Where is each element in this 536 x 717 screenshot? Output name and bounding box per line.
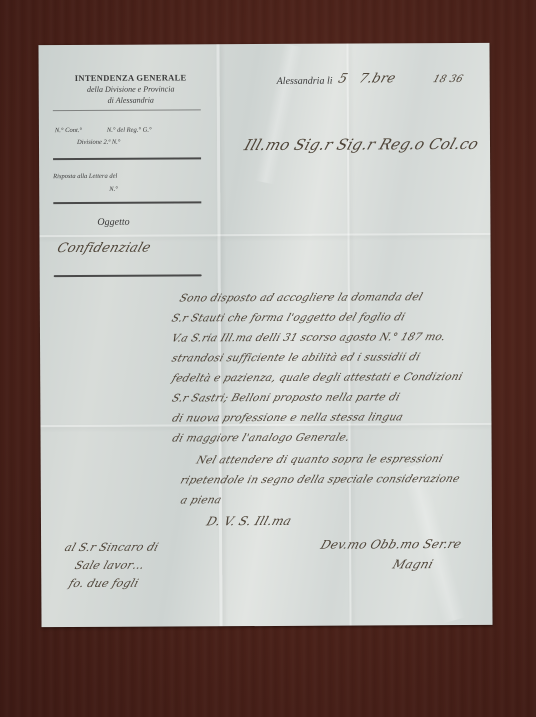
body-line: strandosi sufficiente le abilità ed i su… bbox=[170, 351, 422, 364]
date-day: 5 bbox=[336, 72, 349, 87]
margin-note-line: al S.r Sincaro di bbox=[63, 541, 160, 555]
body-line: fedeltà e pazienza, quale degli attestat… bbox=[170, 371, 464, 385]
field-numero-registro: N.° del Reg.° G.° bbox=[107, 127, 152, 134]
body-line: Sono disposto ad accogliere la domanda d… bbox=[178, 291, 424, 304]
oggetto-label: Oggetto bbox=[97, 217, 129, 228]
oggetto-divider bbox=[54, 274, 202, 277]
body-line: V.a S.ria Ill.ma delli 31 scorso agosto … bbox=[170, 331, 447, 344]
margin-note-line: Sale lavor… bbox=[73, 559, 146, 572]
body-line: ripetendole in segno della speciale cons… bbox=[179, 473, 462, 486]
body-line: di maggiore l'analogo Generale. bbox=[171, 432, 352, 445]
closing: D. V. S. Ill.ma bbox=[205, 514, 294, 528]
date-year: 18 36 bbox=[431, 74, 464, 85]
letterhead-subtitle: della Divisione e Provincia bbox=[55, 84, 207, 94]
field-risposta-numero: N.° bbox=[109, 186, 118, 193]
oggetto-value: Confidenziale bbox=[55, 241, 153, 257]
body-line: di nuova professione e nella stessa ling… bbox=[171, 411, 405, 424]
historical-letter-sheet: INTENDENZA GENERALE della Divisione e Pr… bbox=[38, 43, 492, 627]
letterhead-subtitle: di Alessandria bbox=[55, 95, 207, 105]
letterhead-divider bbox=[53, 157, 201, 160]
place-date-printed: Alessandria li bbox=[277, 76, 333, 87]
field-numero-contabile: N.° Cont.° bbox=[55, 127, 82, 134]
margin-note-line: fo. due fogli bbox=[67, 577, 140, 590]
field-risposta: Risposta alla Lettera del bbox=[53, 173, 117, 180]
letterhead-divider bbox=[53, 109, 201, 111]
salutation: Ill.mo Sig.r Sig.r Reg.o Col.co bbox=[242, 135, 481, 154]
signature: Magni bbox=[391, 557, 435, 571]
body-line: S.r Sastri; Belloni proposto nella parte… bbox=[170, 391, 401, 404]
date-month: 7.bre bbox=[357, 71, 397, 86]
field-divisione: Divisione 2.ª N.° bbox=[77, 139, 120, 146]
paper-fold-horizontal bbox=[39, 233, 490, 237]
letterhead-title: INTENDENZA GENERALE bbox=[61, 72, 201, 83]
signature-formula: Dev.mo Obb.mo Ser.re bbox=[319, 537, 464, 552]
body-line: S.r Stauti che forma l'oggetto del fogli… bbox=[170, 311, 407, 324]
paper-crease bbox=[255, 43, 303, 184]
date-handwritten: 5 7.bre 18 36 bbox=[336, 71, 465, 87]
body-line: a piena bbox=[179, 494, 223, 506]
letterhead-divider bbox=[53, 201, 201, 204]
body-line: Nel attendere di quanto sopra le espress… bbox=[195, 453, 445, 466]
